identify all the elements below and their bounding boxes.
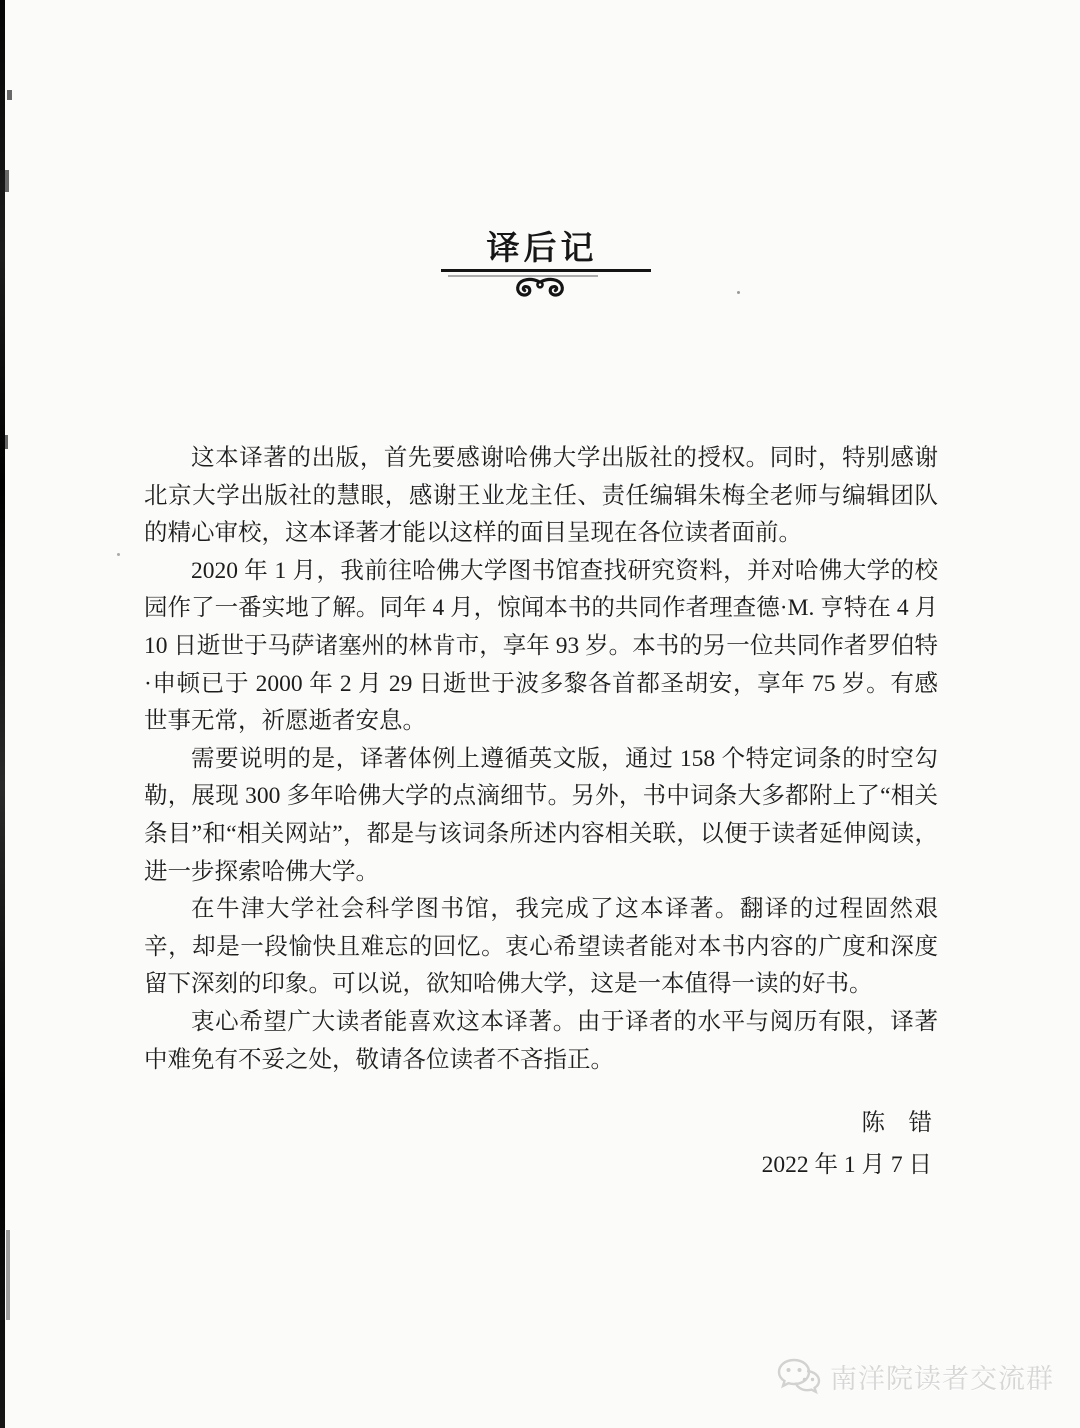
scanned-book-page: 译后记 这本译著的出版，首先要感谢哈佛大学出版社的授权。同时，特别感谢北京大学出…: [0, 0, 1080, 1428]
paragraph-book-structure: 需要说明的是，译著体例上遵循英文版，通过 158 个特定词条的时空勾勒，展现 3…: [144, 741, 938, 891]
scan-smudge: [6, 1230, 10, 1320]
watermark-text: 南洋院读者交流群: [830, 1357, 1054, 1396]
paragraph-authors-memorial: 2020 年 1 月，我前往哈佛大学图书馆查找研究资料，并对哈佛大学的校园作了一…: [144, 553, 938, 741]
signature-date: 2022 年 1 月 7 日: [762, 1144, 932, 1186]
paragraph-closing-remarks: 衷心希望广大读者能喜欢这本译著。由于译者的水平与阅历有限，译著中难免有不妥之处，…: [144, 1004, 938, 1079]
scan-smudge: [5, 170, 9, 192]
scan-speck: [117, 553, 120, 556]
afterword-body: 这本译著的出版，首先要感谢哈佛大学出版社的授权。同时，特别感谢北京大学出版社的慧…: [144, 440, 938, 1079]
translator-name: 陈 错: [762, 1102, 932, 1144]
scan-speck: [737, 291, 740, 294]
reader-group-watermark: 南洋院读者交流群: [776, 1356, 1054, 1396]
scan-edge-artifact: [0, 0, 5, 1428]
title-divider-rule: [441, 269, 651, 272]
paragraph-acknowledgements: 这本译著的出版，首先要感谢哈佛大学出版社的授权。同时，特别感谢北京大学出版社的慧…: [144, 440, 938, 553]
signature-block: 陈 错 2022 年 1 月 7 日: [762, 1102, 932, 1186]
scan-smudge: [7, 90, 12, 100]
wechat-icon: [776, 1356, 822, 1396]
floral-flourish-icon: [508, 274, 572, 302]
scan-smudge: [5, 435, 8, 449]
page-title: 译后记: [0, 222, 1080, 269]
paragraph-translation-process: 在牛津大学社会科学图书馆，我完成了这本译著。翻译的过程固然艰辛，却是一段愉快且难…: [144, 891, 938, 1004]
